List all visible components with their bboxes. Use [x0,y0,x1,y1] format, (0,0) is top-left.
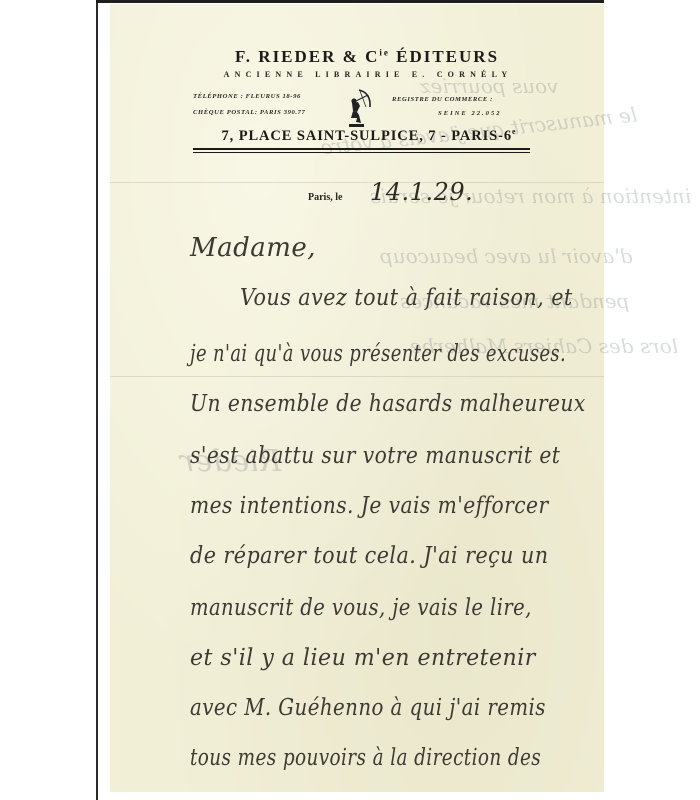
publisher-name-main: F. RIEDER & C [235,47,379,66]
letter-line: tous mes pouvoirs à la direction des [190,745,541,771]
cheque-postal: CHÈQUE POSTAL: PARIS 390.77 [193,109,305,116]
letterhead-rule [193,152,530,153]
scan-border-left [96,0,98,800]
archer-emblem-icon [344,87,374,129]
registre-label: REGISTRE DU COMMERCE : [392,96,493,103]
letter-line: Vous avez tout à fait raison, et [240,285,573,311]
paper-fold-line [110,376,604,377]
letterhead-rule [193,148,530,150]
dateline-printed: Paris, le [308,192,342,203]
publisher-name-suffix: ÉDITEURS [390,47,499,66]
letter-sheet: vous pourriez le manuscrit que j'avais à… [110,4,604,792]
dateline-handwritten: 14.1.29. [370,178,473,206]
letter-line: de réparer tout cela. J'ai reçu un [190,543,549,569]
letter-line: et s'il y a lieu m'en entretenir [190,645,536,671]
publisher-address-sup: e [512,127,516,136]
letter-line: manuscrit de vous, je vais le lire, [190,595,532,621]
bleed-through-text: d'avoir lu avec beaucoup [380,244,633,268]
publisher-address-main: 7, PLACE SAINT-SULPICE, 7 - PARIS-6 [222,128,513,144]
publisher-address: 7, PLACE SAINT-SULPICE, 7 - PARIS-6e [194,127,544,145]
letter-line: mes intentions. Je vais m'efforcer [190,493,549,519]
scan-border-top [96,0,604,3]
publisher-name-sup: ie [379,47,390,57]
letter-line: je n'ai qu'à vous présenter des excuses. [190,341,566,367]
publisher-name: F. RIEDER & Cie ÉDITEURS [192,47,542,67]
letter-line: Un ensemble de hasards malheureux [190,391,586,417]
letter-line: avec M. Guéhenno à qui j'ai remis [190,695,546,721]
letter-line: s'est abattu sur votre manuscrit et [190,443,560,469]
telephone: TÉLÉPHONE : FLEURUS 18-96 [193,93,301,100]
salutation: Madame, [190,233,316,263]
paper-fold-line [110,182,604,183]
registre-value: SEINE 22.052 [438,110,502,117]
former-name: ANCIENNE LIBRAIRIE E. CORNÉLY [196,70,540,79]
